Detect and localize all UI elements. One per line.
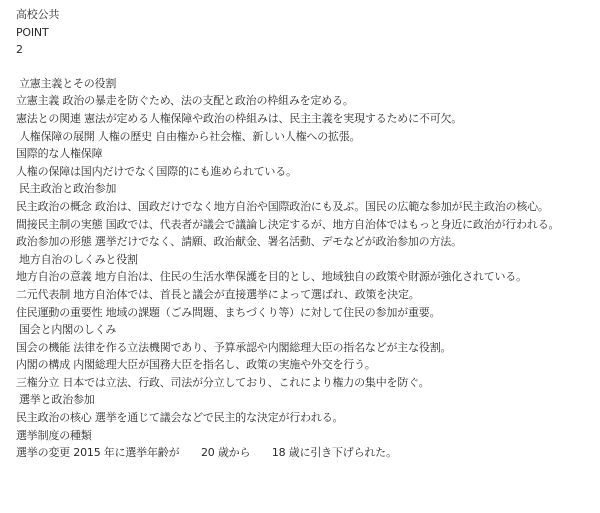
- section-heading: 立憲主義とその役割: [16, 75, 600, 93]
- point-number: 2: [16, 41, 600, 59]
- section-heading: 選挙と政治参加: [16, 391, 600, 409]
- section-line: 二元代表制 地方自治体では、首長と議会が直接選挙によって選ばれ、政策を決定。: [16, 286, 600, 304]
- section-line: 間接民主制の実態 国政では、代表者が議会で議論し決定するが、地方自治体ではもっと…: [16, 216, 600, 234]
- section-line: 立憲主義 政治の暴走を防ぐため、法の支配と政治の枠組みを定める。: [16, 92, 600, 110]
- section-heading: 国際的な人権保障: [16, 145, 600, 163]
- point-label: POINT: [16, 24, 600, 42]
- section-line: 住民運動の重要性 地域の課題（ごみ問題、まちづくり等）に対して住民の参加が重要。: [16, 304, 600, 322]
- section-heading: 民主政治と政治参加: [16, 180, 600, 198]
- section-line: 選挙の変更 2015 年に選挙年齢が 20 歳から 18 歳に引き下げられた。: [16, 444, 600, 462]
- section-heading: 国会と内閣のしくみ: [16, 321, 600, 339]
- subject-title: 高校公共: [16, 6, 600, 24]
- section-heading: 選挙制度の種類: [16, 427, 600, 445]
- section-line: 内閣の構成 内閣総理大臣が国務大臣を指名し、政策の実施や外交を行う。: [16, 356, 600, 374]
- section-line: 憲法との関連 憲法が定める人権保障や政治の枠組みは、民主主義を実現するために不可…: [16, 110, 600, 128]
- document-page: 高校公共 POINT 2 立憲主義とその役割 立憲主義 政治の暴走を防ぐため、法…: [0, 0, 600, 462]
- spacer: [16, 59, 600, 75]
- section-line: 政治参加の形態 選挙だけでなく、請願、政治献金、署名活動、デモなどが政治参加の方…: [16, 233, 600, 251]
- section-line: 地方自治の意義 地方自治は、住民の生活水準保護を目的とし、地域独自の政策や財源が…: [16, 268, 600, 286]
- section-line: 三権分立 日本では立法、行政、司法が分立しており、これにより権力の集中を防ぐ。: [16, 374, 600, 392]
- section-heading: 地方自治のしくみと役割: [16, 251, 600, 269]
- section-heading: 人権保障の展開 人権の歴史 自由権から社会権、新しい人権への拡張。: [16, 128, 600, 146]
- section-line: 国会の機能 法律を作る立法機関であり、予算承認や内閣総理大臣の指名などが主な役割…: [16, 339, 600, 357]
- section-line: 民主政治の概念 政治は、国政だけでなく地方自治や国際政治にも及ぶ。国民の広範な参…: [16, 198, 600, 216]
- section-line: 人権の保障は国内だけでなく国際的にも進められている。: [16, 163, 600, 181]
- section-line: 民主政治の核心 選挙を通じて議会などで民主的な決定が行われる。: [16, 409, 600, 427]
